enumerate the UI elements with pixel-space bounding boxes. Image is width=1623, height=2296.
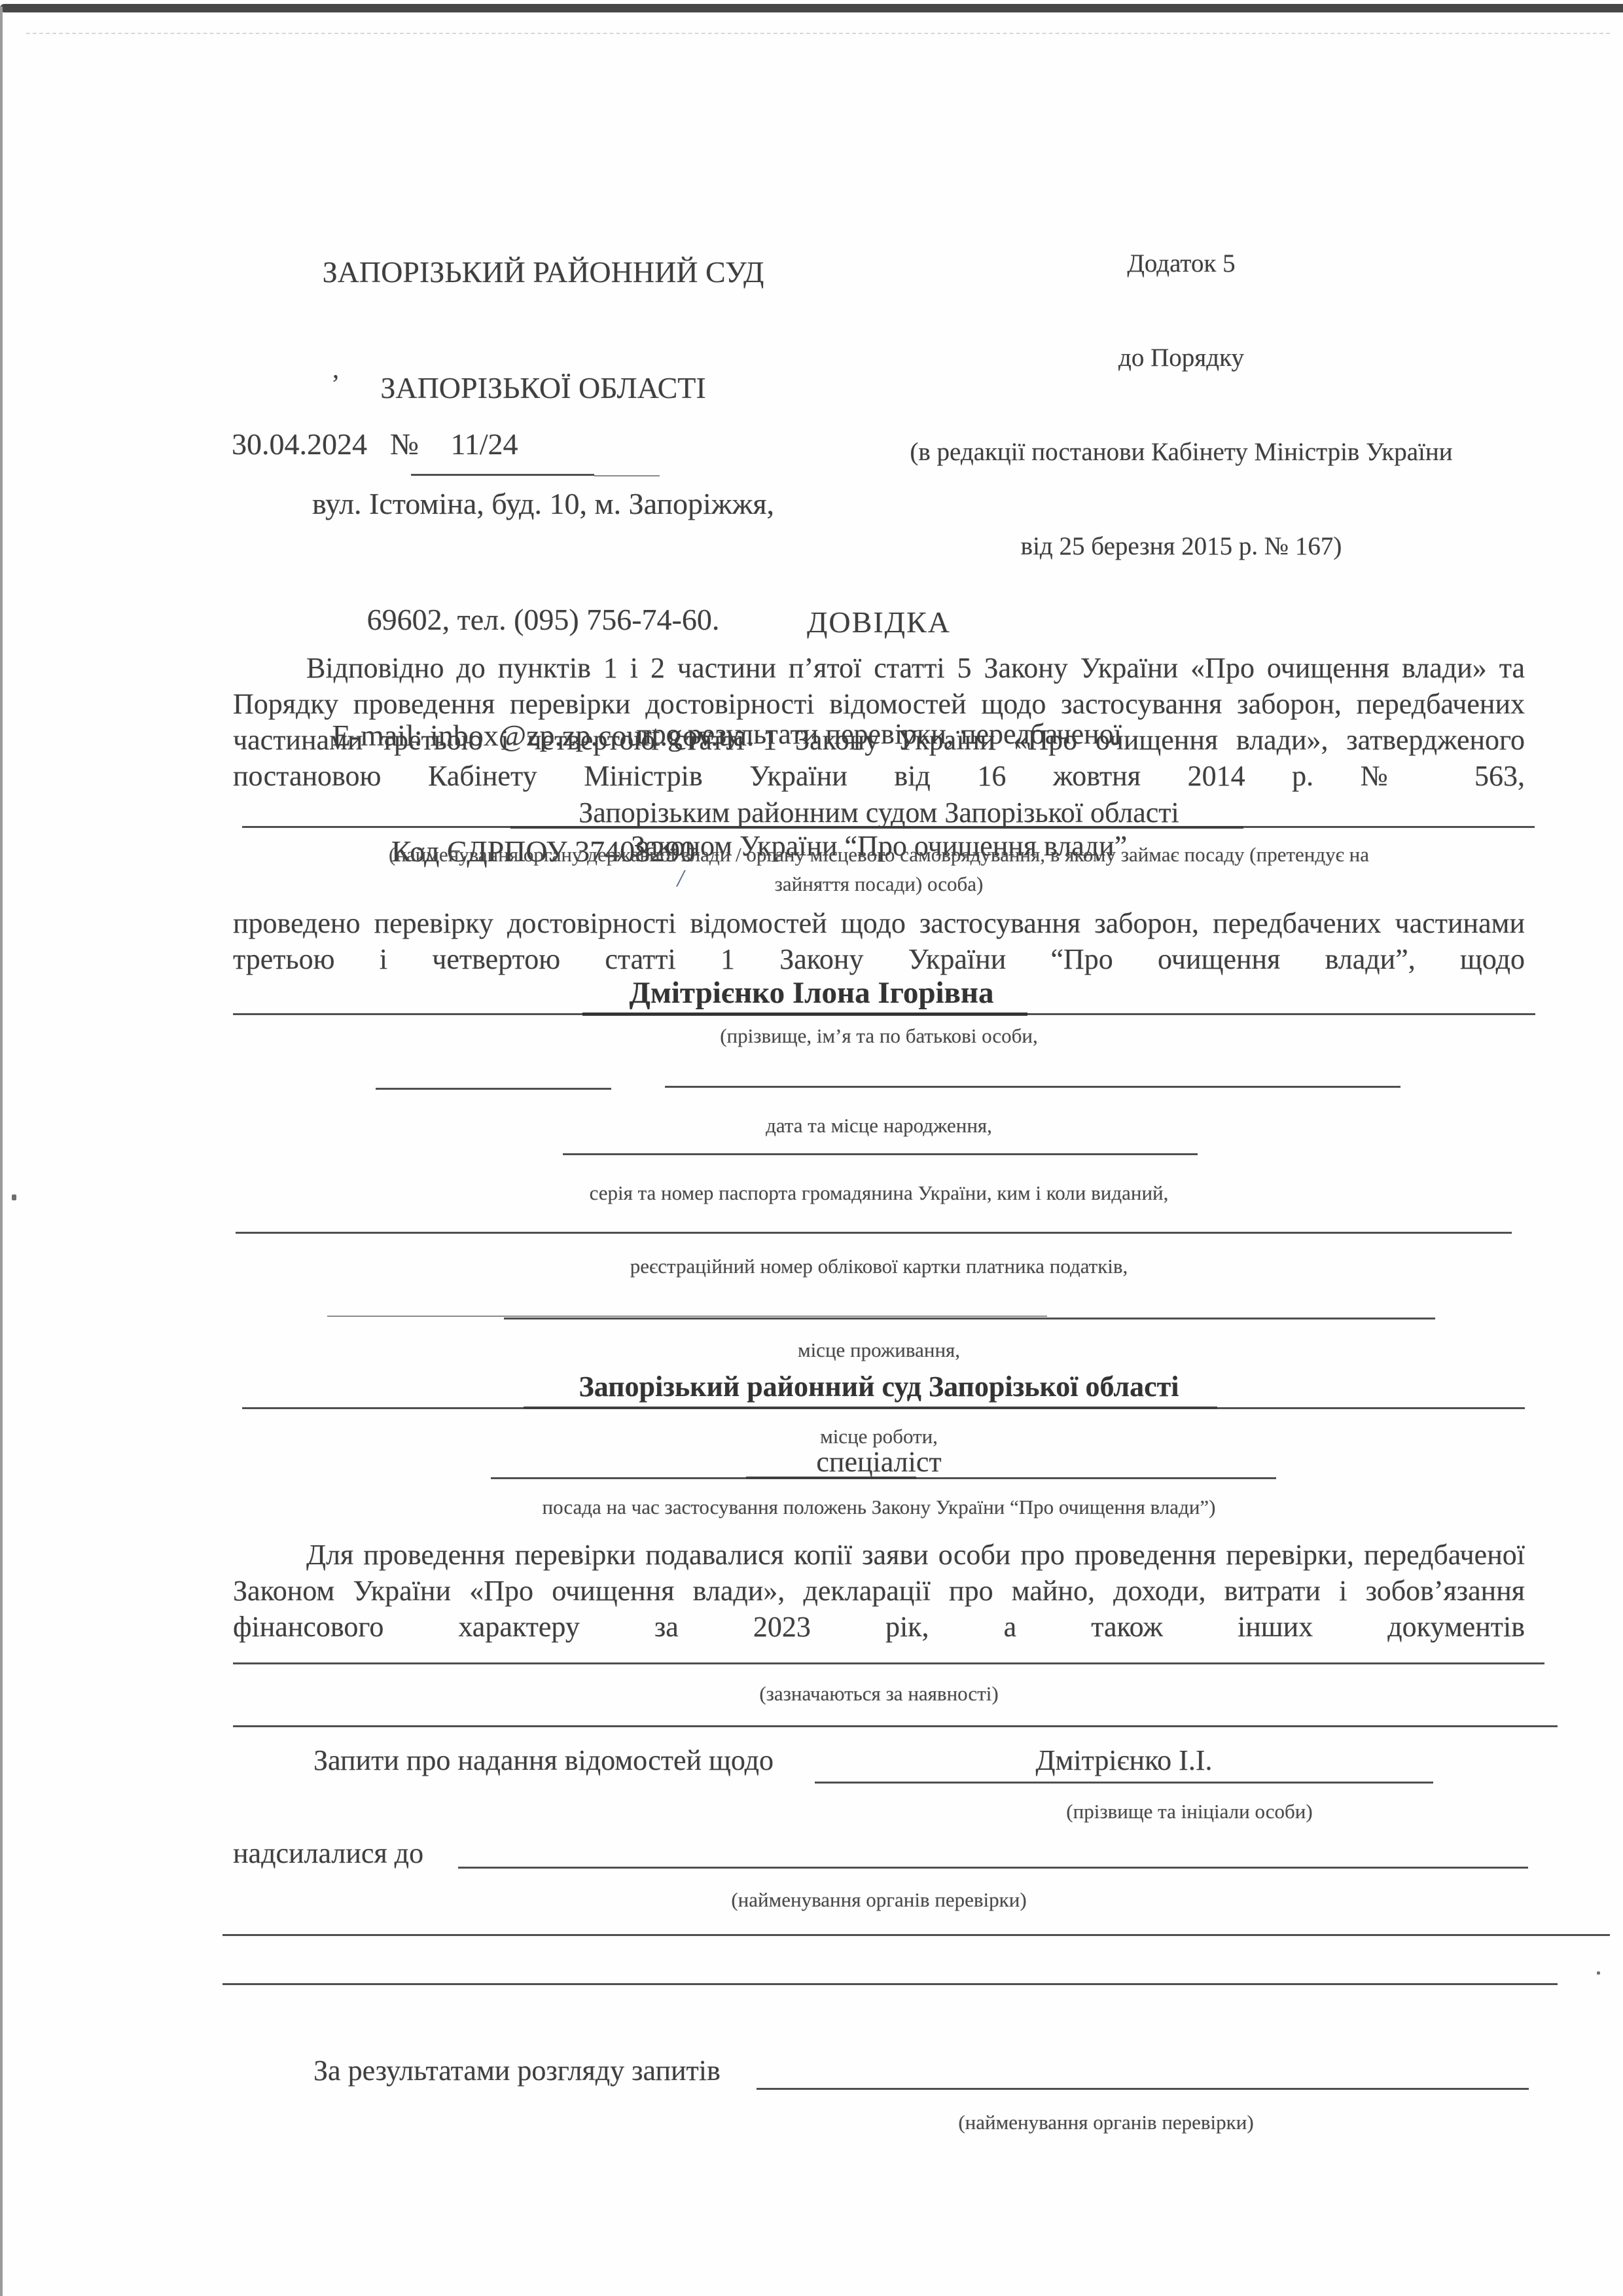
org-caption-line1: (найменування органу державної влади / о… <box>233 840 1525 869</box>
annex-to-order: до Порядку <box>870 342 1492 374</box>
residence-blank-line-right <box>504 1318 1435 1319</box>
sent-caption: (найменування органів перевірки) <box>233 1885 1525 1914</box>
attachments-caption: (зазначаються за наявності) <box>233 1679 1525 1708</box>
position-value: спеціаліст <box>233 1445 1525 1479</box>
queries-underline <box>815 1782 1433 1784</box>
person-caption: (прізвище, ім’я та по батькові особи, <box>233 1021 1525 1050</box>
scan-faint-line <box>26 33 1610 34</box>
birth-blank-line-left <box>376 1088 611 1090</box>
org-name-value: Запорізьким районним судом Запорізької о… <box>233 796 1525 829</box>
artifact-comma: , <box>332 353 339 384</box>
document-number: 11/24 <box>399 427 569 461</box>
passport-caption: серія та номер паспорта громадянина Укра… <box>233 1178 1525 1208</box>
work-value: Запорізький районний суд Запорізької обл… <box>233 1370 1525 1403</box>
document-number-underline-tail <box>594 475 660 476</box>
sent-label: надсилалися до <box>233 1837 423 1870</box>
results-caption: (найменування органів перевірки) <box>720 2108 1492 2137</box>
attachments-blank-line <box>233 1662 1544 1664</box>
sender-court-name-line2: ЗАПОРІЗЬКОЇ ОБЛАСТІ <box>262 368 825 407</box>
blank-line-2 <box>223 1983 1558 1985</box>
blank-line-1 <box>223 1934 1610 1936</box>
queries-label: Запити про надання відомостей щодо <box>313 1744 774 1777</box>
birth-caption: дата та місце народження, <box>233 1111 1525 1140</box>
paragraph-intro: Відповідно до пунктів 1 і 2 частини п’ят… <box>233 650 1525 794</box>
org-name-underline-dark <box>510 826 1243 829</box>
pre-queries-blank-line <box>233 1725 1558 1727</box>
document-date: 30.04.2024 <box>232 427 367 461</box>
work-underline-dark <box>524 1407 1217 1409</box>
sender-address: вул. Істоміна, буд. 10, м. Запоріжжя, <box>262 484 825 523</box>
residence-caption: місце проживання, <box>233 1335 1525 1365</box>
tax-caption: реєстраційний номер облікової картки пла… <box>233 1251 1525 1281</box>
scan-top-edge <box>0 4 1623 12</box>
paragraph-documents: Для проведення перевірки подавалися копі… <box>233 1537 1525 1645</box>
annex-number: Додаток 5 <box>870 248 1492 279</box>
artifact-dot-right <box>1597 1971 1600 1975</box>
document-number-underline <box>411 474 594 476</box>
artifact-dot-left-margin <box>12 1194 16 1200</box>
results-label: За результатами розгляду запитів <box>313 2054 721 2087</box>
title-dovidka: ДОВІДКА <box>233 603 1525 641</box>
position-underline-dark <box>746 1477 916 1479</box>
scan-left-edge <box>0 7 3 2296</box>
scanned-document-page: ЗАПОРІЗЬКИЙ РАЙОННИЙ СУД ЗАПОРІЗЬКОЇ ОБЛ… <box>0 0 1623 2296</box>
queries-caption: (прізвище та ініціали особи) <box>880 1797 1499 1826</box>
paragraph-check: проведено перевірку достовірності відомо… <box>233 905 1525 977</box>
position-caption: посада на час застосування положень Зако… <box>233 1492 1525 1522</box>
residence-blank-line-left <box>327 1316 1047 1317</box>
sent-underline <box>458 1867 1528 1869</box>
results-underline <box>757 2088 1529 2090</box>
birth-blank-line-right <box>665 1086 1400 1088</box>
passport-blank-line <box>563 1153 1198 1155</box>
sender-court-name-line1: ЗАПОРІЗЬКИЙ РАЙОННИЙ СУД <box>262 253 825 291</box>
queries-value: Дмітрієнко І.І. <box>815 1744 1433 1777</box>
person-name-value: Дмітрієнко Ілона Ігорівна <box>85 975 1538 1011</box>
tax-blank-line <box>236 1232 1512 1234</box>
annex-edition-line1: (в редакції постанови Кабінету Міністрів… <box>870 437 1492 468</box>
person-name-underline-dark <box>582 1013 1027 1016</box>
org-caption-line2: зайняття посади) особа) <box>233 869 1525 899</box>
